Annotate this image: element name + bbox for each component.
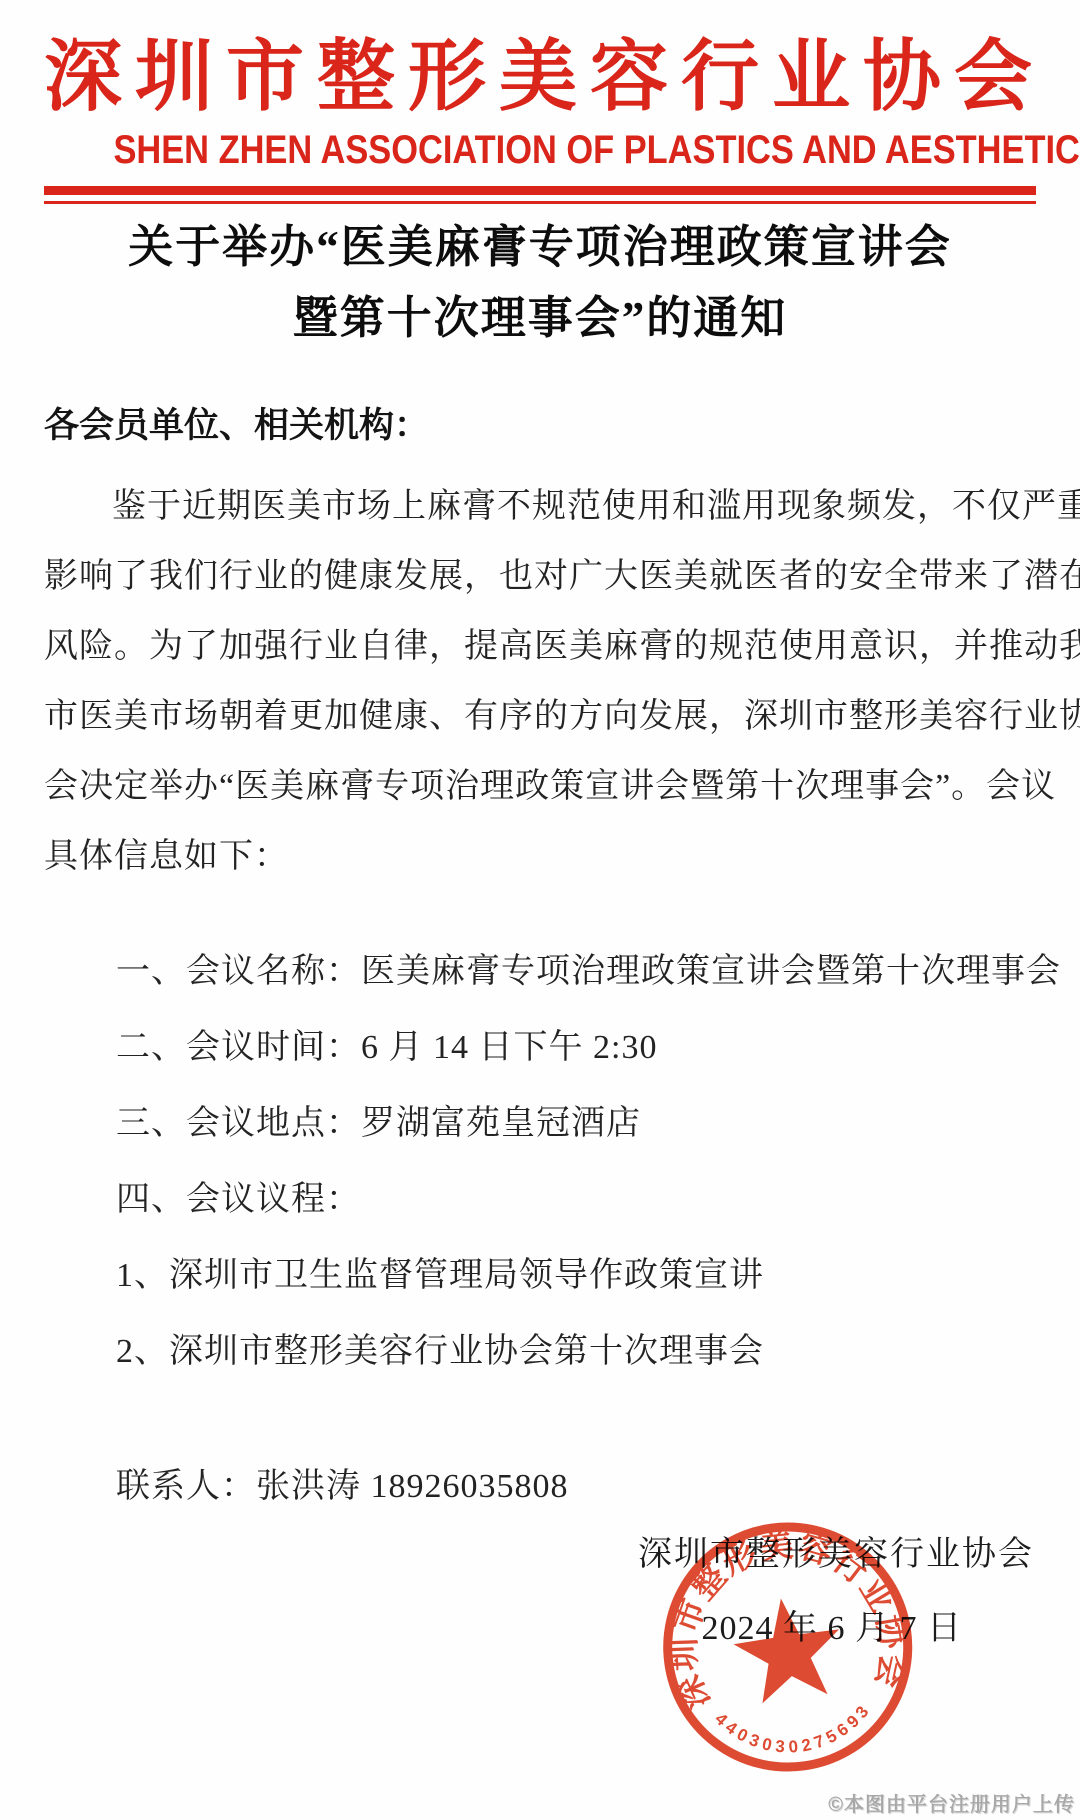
list-item-meeting-agenda: 四、会议议程：	[44, 1162, 1036, 1238]
paragraph-line: 会决定举办“医美麻膏专项治理政策宣讲会暨第十次理事会”。会议	[44, 752, 1036, 822]
paragraph-line: 具体信息如下：	[44, 822, 1036, 892]
letterhead-org-name: 深圳市整形美容行业协会	[44, 26, 1036, 128]
platform-watermark: ©本图由平台注册用户上传	[828, 1788, 1075, 1817]
letterhead-org-name-english: SHEN ZHEN ASSOCIATION OF PLASTICS AND AE…	[113, 130, 966, 170]
list-item-meeting-name: 一、会议名称：医美麻膏专项治理政策宣讲会暨第十次理事会	[44, 934, 1036, 1010]
salutation: 各会员单位、相关机构：	[44, 401, 1036, 451]
paragraph-line: 鉴于近期医美市场上麻膏不规范使用和滥用现象频发，不仅严重	[44, 472, 1036, 542]
official-seal: 深圳市整形美容行业协会 4403030275693	[643, 1499, 934, 1798]
seal-star	[728, 1591, 848, 1706]
paragraph-line: 影响了我们行业的健康发展，也对广大医美就医者的安全带来了潜在	[44, 542, 1036, 612]
paragraph-line: 风险。为了加强行业自律，提高医美麻膏的规范使用意识，并推动我	[44, 612, 1036, 682]
list-item-agenda-2: 2、深圳市整形美容行业协会第十次理事会	[44, 1314, 1036, 1390]
list-item-meeting-time: 二、会议时间：6 月 14 日下午 2:30	[44, 1010, 1036, 1086]
notice-document: 深圳市整形美容行业协会 SHEN ZHEN ASSOCIATION OF PLA…	[0, 0, 1080, 1820]
document-title-line1: 关于举办“医美麻膏专项治理政策宣讲会	[44, 212, 1036, 283]
body-paragraph: 鉴于近期医美市场上麻膏不规范使用和滥用现象频发，不仅严重 影响了我们行业的健康发…	[44, 472, 1036, 892]
divider-thick-rule	[44, 186, 1036, 195]
meeting-details-list: 一、会议名称：医美麻膏专项治理政策宣讲会暨第十次理事会 二、会议时间：6 月 1…	[44, 934, 1036, 1390]
letterhead-divider	[44, 186, 1036, 204]
list-item-meeting-place: 三、会议地点：罗湖富苑皇冠酒店	[44, 1086, 1036, 1162]
document-title: 关于举办“医美麻膏专项治理政策宣讲会 暨第十次理事会”的通知	[44, 212, 1036, 354]
divider-thin-rule	[44, 201, 1036, 204]
list-item-agenda-1: 1、深圳市卫生监督管理局领导作政策宣讲	[44, 1238, 1036, 1314]
document-title-line2: 暨第十次理事会”的通知	[44, 283, 1036, 354]
paragraph-line: 市医美市场朝着更加健康、有序的方向发展，深圳市整形美容行业协	[44, 682, 1036, 752]
